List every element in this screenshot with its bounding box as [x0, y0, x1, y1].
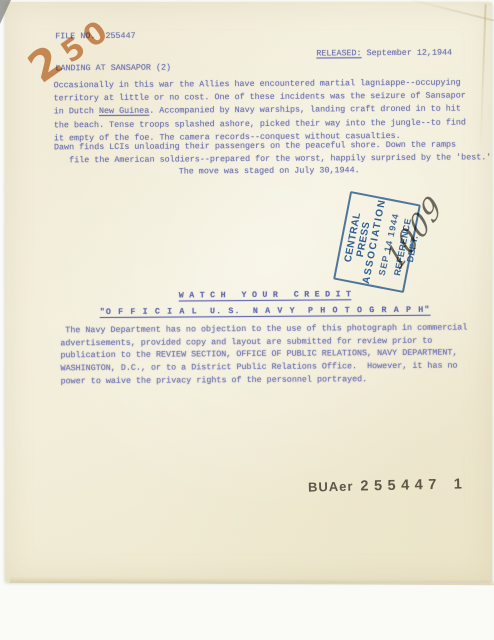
typewritten-layer: FILE NO. 255447 RELEASED: September 12,1…: [3, 0, 494, 583]
watch-your-credit-heading: W A T C H Y O U R C R E D I T: [55, 287, 475, 303]
underlined-new-guinea: New Guinea: [99, 106, 149, 116]
buaer-prefix: BUAer: [308, 479, 354, 495]
buaer-number-stamp: BUAer2554471: [308, 476, 463, 495]
official-navy-photograph-heading: "O F F I C I A L U. S. N A V Y P H O T O…: [55, 303, 475, 319]
photo-paper-back: FILE NO. 255447 RELEASED: September 12,1…: [5, 2, 492, 582]
buaer-copy-number: 1: [454, 476, 463, 492]
caption-paragraph-1: Occasionally in this war the Allies have…: [54, 76, 467, 145]
released-date: September 12,1944: [362, 48, 453, 59]
release-date-line: RELEASED: September 12,1944: [316, 47, 452, 61]
caption-paragraph-2: Dawn finds LCIs unloading their passenge…: [54, 138, 491, 166]
buaer-number: 255447: [360, 477, 442, 495]
released-label: RELEASED:: [316, 48, 361, 58]
staged-date-line: The move was staged on July 30,1944.: [54, 163, 484, 179]
navy-department-notice: The Navy Department has no objection to …: [60, 321, 468, 387]
